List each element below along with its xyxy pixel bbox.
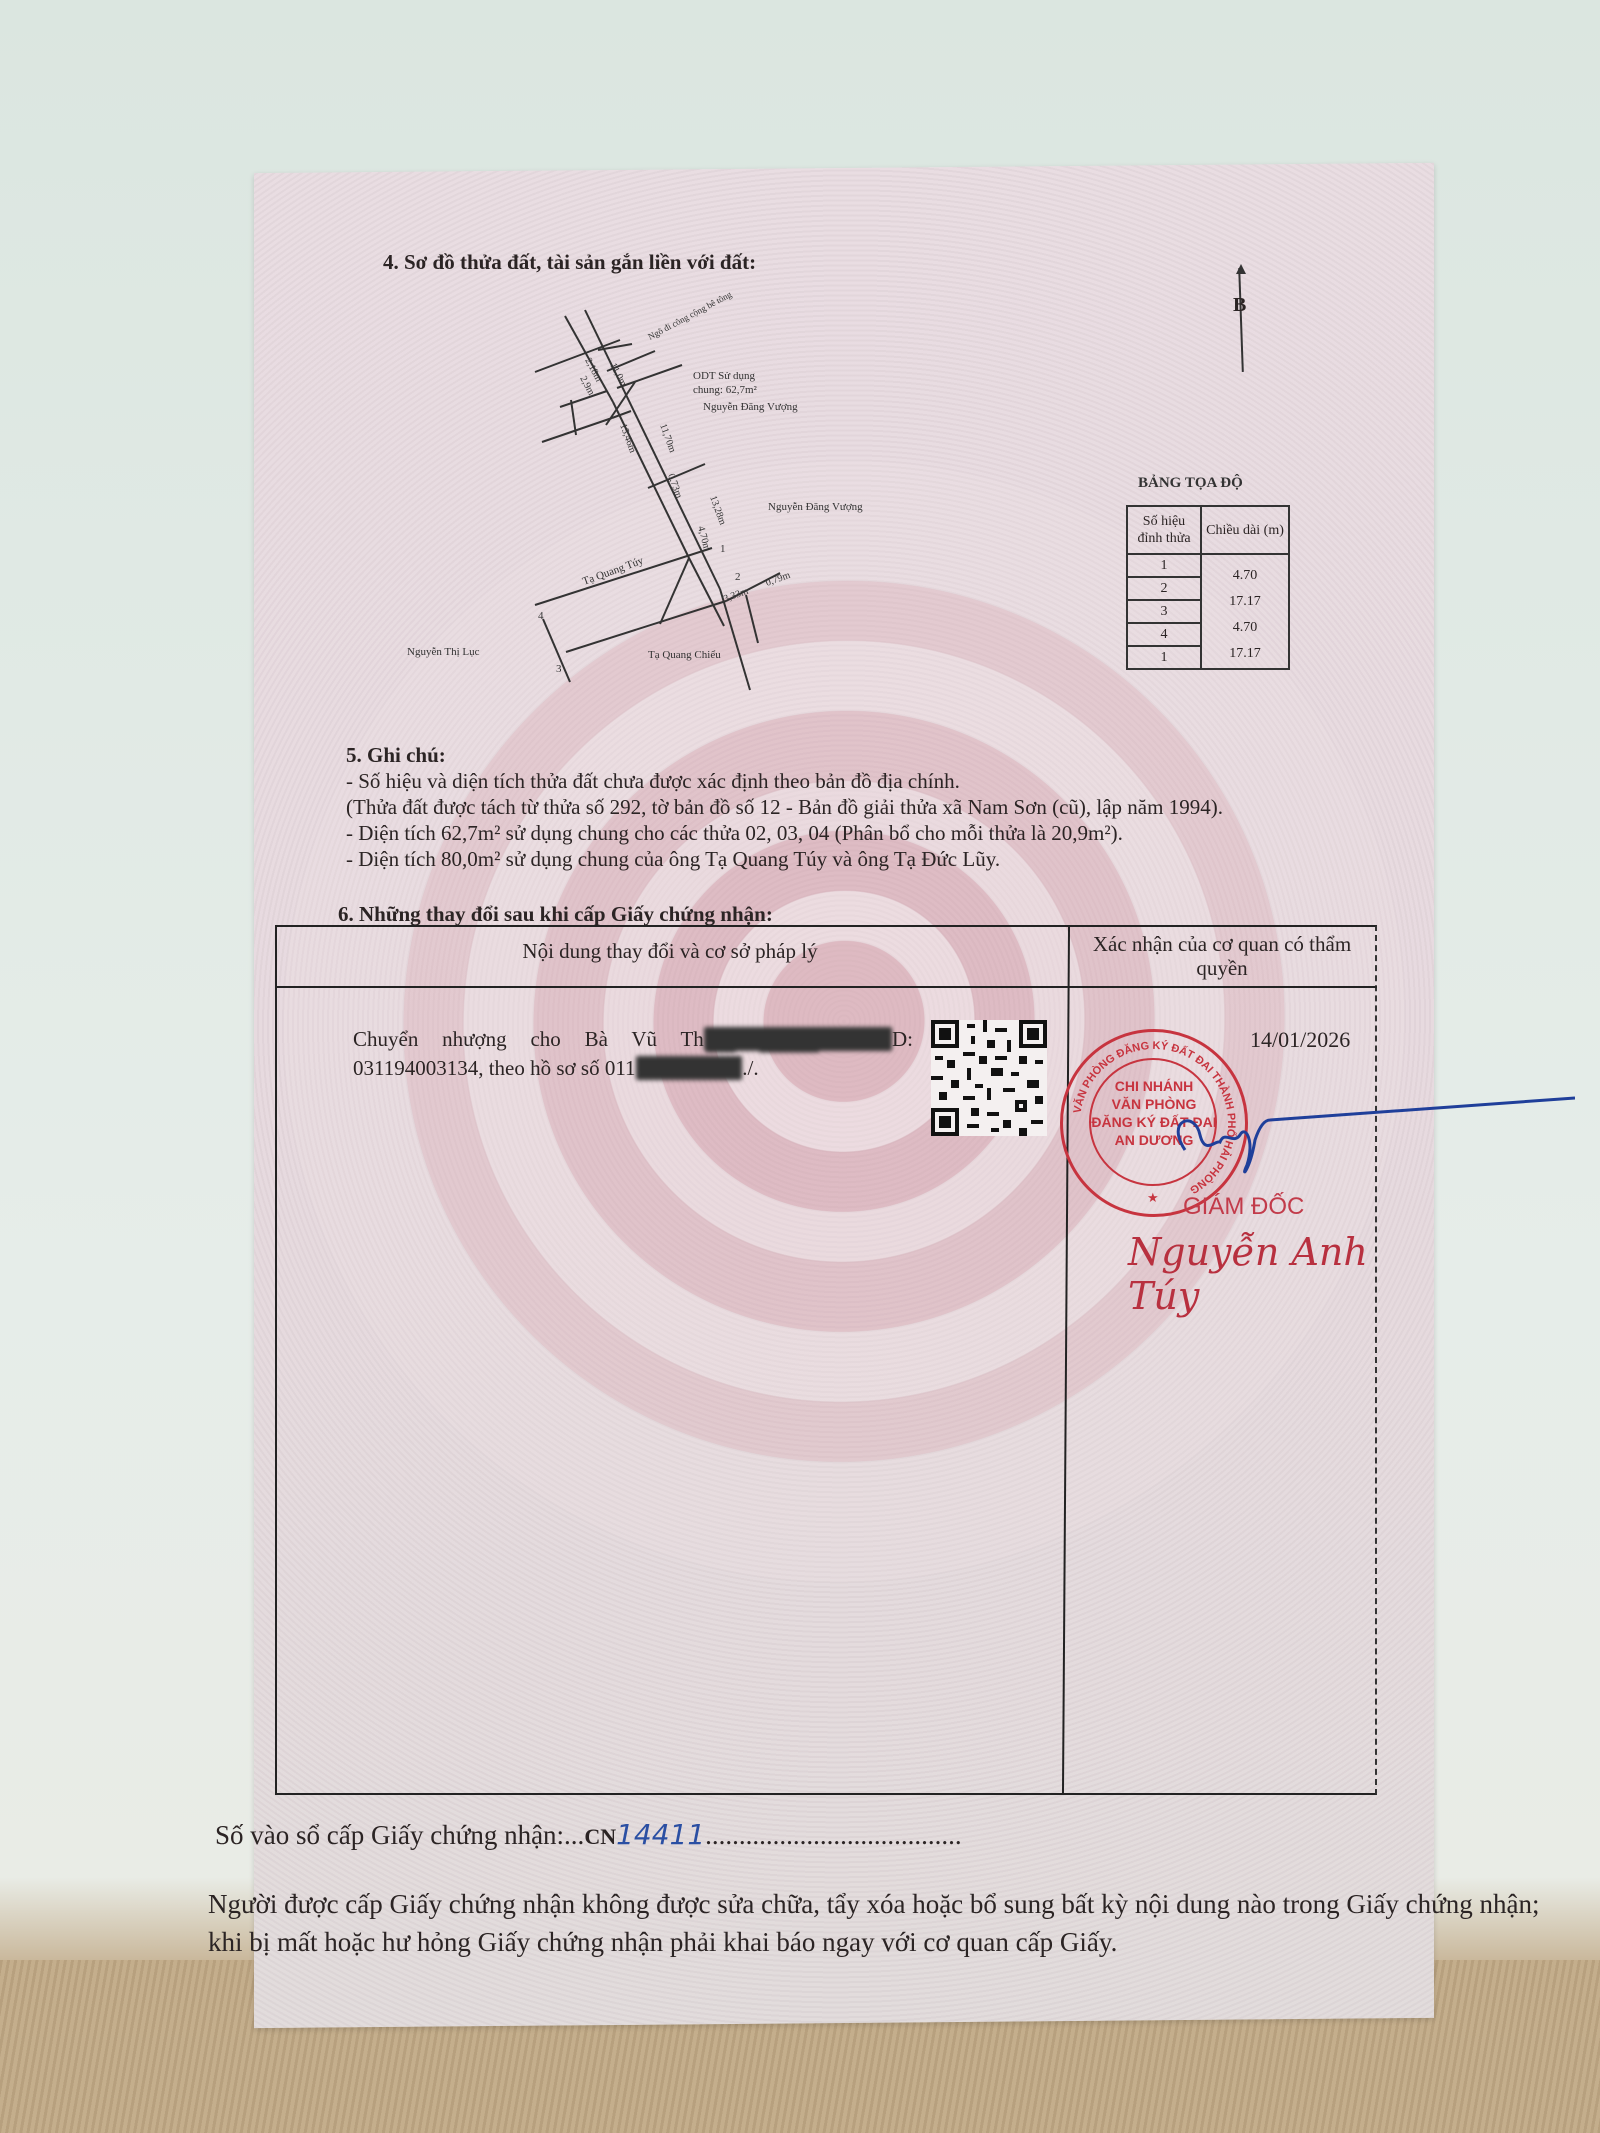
notes-section: 5. Ghi chú: - Số hiệu và diện tích thửa … xyxy=(346,742,1366,872)
note-line: - Số hiệu và diện tích thửa đất chưa đượ… xyxy=(346,768,1366,794)
coord-header-point: Số hiệu đỉnh thửa xyxy=(1127,506,1201,554)
coord-point: 2 xyxy=(1127,577,1201,600)
coord-point: 1 xyxy=(1127,646,1201,669)
stamp-star-icon: ★ xyxy=(1147,1190,1159,1205)
coord-point: 3 xyxy=(1127,600,1201,623)
svg-text:0,73m: 0,73m xyxy=(665,472,684,500)
note-line: - Diện tích 62,7m² sử dụng chung cho các… xyxy=(346,820,1366,846)
note-line: - Diện tích 80,0m² sử dụng chung của ông… xyxy=(346,846,1366,872)
changes-header-content: Nội dung thay đổi và cơ sở pháp lý xyxy=(275,939,1065,964)
coord-header-length: Chiều dài (m) xyxy=(1201,506,1289,554)
redacted-file-number: 952.CN.001 xyxy=(636,1056,743,1080)
changes-table: Nội dung thay đổi và cơ sở pháp lý Xác n… xyxy=(275,925,1377,1795)
svg-text:2: 2 xyxy=(735,571,741,583)
note-line: (Thửa đất được tách từ thửa số 292, tờ b… xyxy=(346,794,1366,820)
redacted-name: ██ ████, CCC xyxy=(704,1027,892,1051)
handwritten-registration-number: 14411 xyxy=(616,1818,705,1851)
signer-role: GIÁM ĐỐC xyxy=(1183,1193,1304,1221)
land-plot-diagram: Ngõ đi công cộng bê tông ODT Sử dụng chu… xyxy=(380,280,900,700)
section-6-title: 6. Những thay đổi sau khi cấp Giấy chứng… xyxy=(338,902,773,927)
svg-text:ODT Sử dụng: ODT Sử dụng xyxy=(693,370,755,382)
svg-text:1: 1 xyxy=(720,543,726,555)
svg-text:15,46m: 15,46m xyxy=(617,422,638,454)
svg-text:Tạ Quang Túy: Tạ Quang Túy xyxy=(581,555,646,588)
warning-text: Người được cấp Giấy chứng nhận không đượ… xyxy=(208,1885,1558,1961)
coord-point: 1 xyxy=(1127,554,1201,577)
section-5-title: 5. Ghi chú: xyxy=(346,742,1366,768)
section-4-title: 4. Sơ đồ thửa đất, tài sản gắn liền với … xyxy=(383,250,756,275)
north-arrow-icon: B xyxy=(1233,268,1273,378)
svg-text:3: 3 xyxy=(556,663,562,675)
svg-text:Nguyễn Thị Lục: Nguyễn Thị Lục xyxy=(407,646,480,658)
svg-text:4: 4 xyxy=(538,610,544,622)
svg-text:chung: 62,7m²: chung: 62,7m² xyxy=(693,384,757,396)
svg-text:11,0m: 11,0m xyxy=(607,361,629,388)
svg-text:3,33m: 3,33m xyxy=(722,586,750,605)
qr-code-icon xyxy=(930,1020,1048,1136)
coord-point: 4 xyxy=(1127,623,1201,646)
svg-text:Nguyễn Đăng Vượng: Nguyễn Đăng Vượng xyxy=(768,501,863,513)
coord-lengths: 4.70 17.17 4.70 17.17 xyxy=(1201,554,1289,669)
svg-text:4,70m: 4,70m xyxy=(695,525,712,552)
svg-text:11,70m: 11,70m xyxy=(657,422,678,454)
svg-text:13,28m: 13,28m xyxy=(707,494,728,526)
approval-date: 14/01/2026 xyxy=(1250,1027,1350,1053)
change-entry: Chuyển nhượng cho Bà Vũ Th██ ████, CCCD:… xyxy=(353,1025,913,1083)
coordinate-table: Số hiệu đỉnh thửa Chiều dài (m) 1 4.70 1… xyxy=(1126,505,1290,670)
signer-name: Nguyễn Anh Túy xyxy=(1128,1230,1377,1318)
svg-text:0,79m: 0,79m xyxy=(764,570,792,589)
svg-text:Nguyễn Đăng Vượng: Nguyễn Đăng Vượng xyxy=(703,401,798,413)
signature-icon xyxy=(1155,1080,1575,1190)
svg-text:Ngõ đi công cộng bê tông: Ngõ đi công cộng bê tông xyxy=(646,289,733,342)
changes-header-authority: Xác nhận của cơ quan có thẩm quyền xyxy=(1067,932,1377,980)
registration-number-line: Số vào sổ cấp Giấy chứng nhận:...CN14411… xyxy=(215,1818,962,1851)
svg-text:Tạ Quang Chiểu: Tạ Quang Chiểu xyxy=(648,649,721,661)
coordinate-table-title: BẢNG TỌA ĐỘ xyxy=(1138,475,1243,492)
